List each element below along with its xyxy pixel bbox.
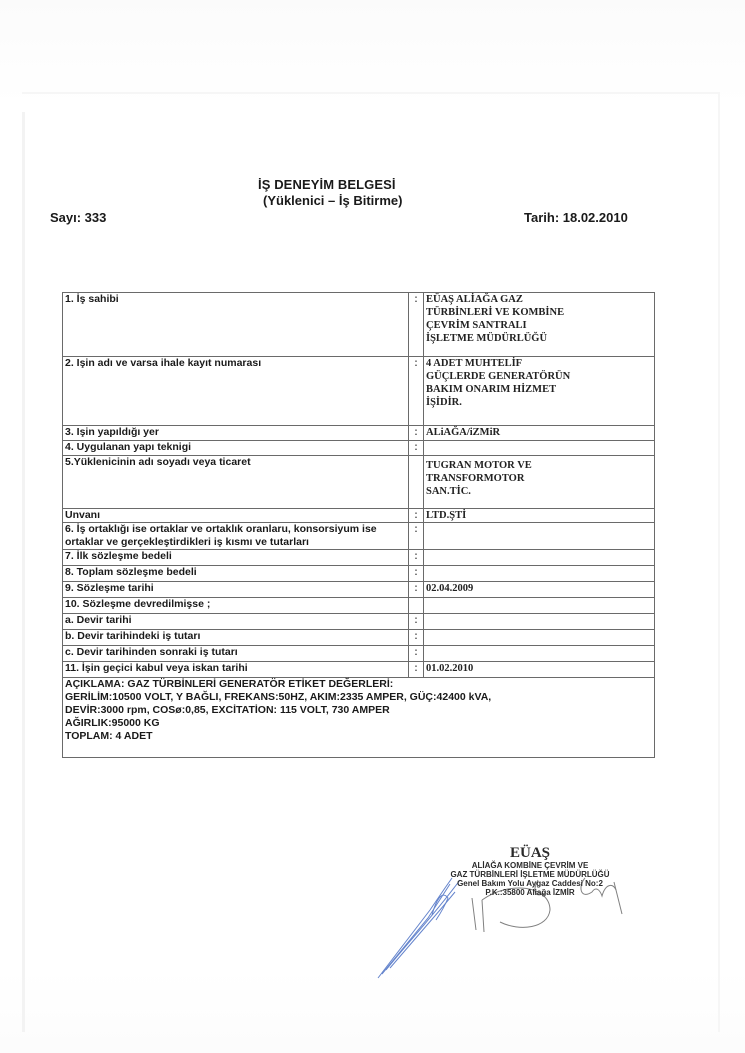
row-label: 5.Yüklenicinin adı soyadı veya ticaret [63, 456, 409, 509]
desc-key: COSø [153, 704, 182, 716]
page-edge [22, 112, 25, 1032]
transfer-date-value [424, 614, 655, 630]
row-label: 7. İlk sözleşme bedeli [63, 550, 409, 566]
table-row: 2. Işin adı ve varsa ihale kayıt numaras… [63, 357, 655, 426]
total-price-value [424, 566, 655, 582]
table-row: b. Devir tarihindeki iş tutarı : [63, 630, 655, 646]
owner-value: EÜAŞ ALİAĞA GAZ TÜRBİNLERİ VE KOMBİNE ÇE… [424, 293, 655, 357]
description-cell: AÇIKLAMA: GAZ TÜRBİNLERİ GENERATÖR ETİKE… [63, 678, 655, 758]
value-line: 4 ADET MUHTELİF [426, 357, 652, 370]
row-label: Unvanı [63, 509, 409, 523]
row-colon: : [409, 426, 424, 441]
desc-key: AKIM [310, 691, 337, 703]
value-line: EÜAŞ ALİAĞA GAZ [426, 293, 652, 306]
page-edge [718, 92, 720, 1032]
desc-value: :10500 VOLT, Y BAĞLI, [109, 691, 225, 703]
row-colon [409, 456, 424, 509]
row-label: b. Devir tarihindeki iş tutarı [63, 630, 409, 646]
row-label: 9. Sözleşme tarihi [63, 582, 409, 598]
table-row: Unvanı : LTD.ŞTİ [63, 509, 655, 523]
partnership-value [424, 523, 655, 550]
desc-value: :2335 AMPER, [337, 691, 410, 703]
stamp-line: GAZ TÜRBİNLERİ İŞLETME MÜDÜRLÜĞÜ [435, 870, 625, 879]
row-label: 11. İşin geçici kabul veya iskan tarihi [63, 662, 409, 678]
row-label: 2. Işin adı ve varsa ihale kayıt numaras… [63, 357, 409, 426]
transfer-value [424, 598, 655, 614]
document-date: Tarih: 18.02.2010 [524, 210, 628, 225]
table-row: AÇIKLAMA: GAZ TÜRBİNLERİ GENERATÖR ETİKE… [63, 678, 655, 758]
desc-value: :3000 rpm, [97, 704, 152, 716]
desc-key: TOPLAM [65, 730, 109, 742]
table-row: 9. Sözleşme tarihi : 02.04.2009 [63, 582, 655, 598]
desc-key: FREKANS [224, 691, 275, 703]
page-edge [22, 92, 720, 94]
stamp-line: ALİAĞA KOMBİNE ÇEVRİM VE [435, 861, 625, 870]
description-heading: AÇIKLAMA: GAZ TÜRBİNLERİ GENERATÖR ETİKE… [65, 678, 652, 691]
table-row: 5.Yüklenicinin adı soyadı veya ticaret T… [63, 456, 655, 509]
value-line: İŞLETME MÜDÜRLÜĞÜ [426, 332, 652, 345]
row-label: c. Devir tarihinden sonraki iş tutarı [63, 646, 409, 662]
table-row: 3. Işin yapıldığı yer : ALiAĞA/iZMiR [63, 426, 655, 441]
initial-price-value [424, 550, 655, 566]
row-colon: : [409, 357, 424, 426]
row-label: 1. İş sahibi [63, 293, 409, 357]
value-line: BAKIM ONARIM HİZMET [426, 383, 652, 396]
desc-value: :0,85, [182, 704, 212, 716]
stamp-line: P.K.:35800 Aliağa İZMİR [435, 888, 625, 897]
description-line: DEVİR:3000 rpm, COSø:0,85, EXCİTATİON: 1… [65, 704, 652, 717]
desc-key: GÜÇ [410, 691, 433, 703]
description-line: AĞIRLIK:95000 KG [65, 717, 652, 730]
row-label: 6. İş ortaklığı ise ortaklar ve ortaklık… [63, 523, 409, 550]
table-row: 4. Uygulanan yapı teknigi : [63, 441, 655, 456]
table-row: 6. İş ortaklığı ise ortaklar ve ortaklık… [63, 523, 655, 550]
job-name-value: 4 ADET MUHTELİF GÜÇLERDE GENERATÖRÜN BAK… [424, 357, 655, 426]
row-label: a. Devir tarihi [63, 614, 409, 630]
table-row: 8. Toplam sözleşme bedeli : [63, 566, 655, 582]
row-colon: : [409, 614, 424, 630]
desc-key: AÇIKLAMA: [65, 678, 125, 690]
desc-key: GERİLİM [65, 691, 109, 703]
row-colon: : [409, 582, 424, 598]
row-label: 8. Toplam sözleşme bedeli [63, 566, 409, 582]
row-label: 10. Sözleşme devredilmişse ; [63, 598, 409, 614]
value-line: TRANSFORMOTOR [426, 472, 652, 485]
technique-value [424, 441, 655, 456]
value-line: ÇEVRİM SANTRALI [426, 319, 652, 332]
desc-heading-text: GAZ TÜRBİNLERİ GENERATÖR ETİKET DEĞERLER… [127, 678, 393, 690]
desc-value: :42400 kVA, [433, 691, 491, 703]
desc-value: : 115 VOLT, 730 AMPER [274, 704, 390, 716]
desc-value: :95000 KG [108, 717, 159, 729]
stamp-line: Genel Bakım Yolu Aygaz Caddesi No:2 [435, 879, 625, 888]
experience-form-table: 1. İş sahibi : EÜAŞ ALİAĞA GAZ TÜRBİNLER… [62, 292, 655, 758]
value-line: SAN.TİC. [426, 485, 652, 498]
table-row: a. Devir tarihi : [63, 614, 655, 630]
contract-date-value: 02.04.2009 [424, 582, 655, 598]
official-stamp: EÜAŞ ALİAĞA KOMBİNE ÇEVRİM VE GAZ TÜRBİN… [435, 846, 625, 897]
document-number: Sayı: 333 [50, 210, 106, 225]
after-transfer-value [424, 646, 655, 662]
row-colon: : [409, 630, 424, 646]
desc-value: :50HZ, [275, 691, 310, 703]
document-title: İŞ DENEYİM BELGESİ [258, 177, 396, 192]
row-colon: : [409, 550, 424, 566]
row-label: 3. Işin yapıldığı yer [63, 426, 409, 441]
row-colon: : [409, 566, 424, 582]
table-row: 7. İlk sözleşme bedeli : [63, 550, 655, 566]
table-row: c. Devir tarihinden sonraki iş tutarı : [63, 646, 655, 662]
table-row: 10. Sözleşme devredilmişse ; [63, 598, 655, 614]
row-label: 4. Uygulanan yapı teknigi [63, 441, 409, 456]
desc-key: AĞIRLIK [65, 717, 108, 729]
value-line: TUGRAN MOTOR VE [426, 459, 652, 472]
table-row: 1. İş sahibi : EÜAŞ ALİAĞA GAZ TÜRBİNLER… [63, 293, 655, 357]
value-line: İŞİDİR. [426, 396, 652, 409]
row-colon: : [409, 509, 424, 523]
acceptance-date-value: 01.02.2010 [424, 662, 655, 678]
contractor-value: TUGRAN MOTOR VE TRANSFORMOTOR SAN.TİC. [424, 456, 655, 509]
row-colon: : [409, 646, 424, 662]
row-colon [409, 598, 424, 614]
desc-key: EXCİTATİON [212, 704, 274, 716]
row-colon: : [409, 441, 424, 456]
value-line: TÜRBİNLERİ VE KOMBİNE [426, 306, 652, 319]
stamp-brand: EÜAŞ [435, 846, 625, 861]
row-colon: : [409, 523, 424, 550]
document-subtitle: (Yüklenici – İş Bitirme) [263, 193, 402, 208]
description-line: GERİLİM:10500 VOLT, Y BAĞLI, FREKANS:50H… [65, 691, 652, 704]
row-colon: : [409, 662, 424, 678]
desc-value: : 4 ADET [109, 730, 152, 742]
transfer-amount-value [424, 630, 655, 646]
description-line: TOPLAM: 4 ADET [65, 730, 652, 743]
location-value: ALiAĞA/iZMiR [424, 426, 655, 441]
row-colon: : [409, 293, 424, 357]
value-line: GÜÇLERDE GENERATÖRÜN [426, 370, 652, 383]
desc-key: DEVİR [65, 704, 97, 716]
table-row: 11. İşin geçici kabul veya iskan tarihi … [63, 662, 655, 678]
unvan-value: LTD.ŞTİ [424, 509, 655, 523]
